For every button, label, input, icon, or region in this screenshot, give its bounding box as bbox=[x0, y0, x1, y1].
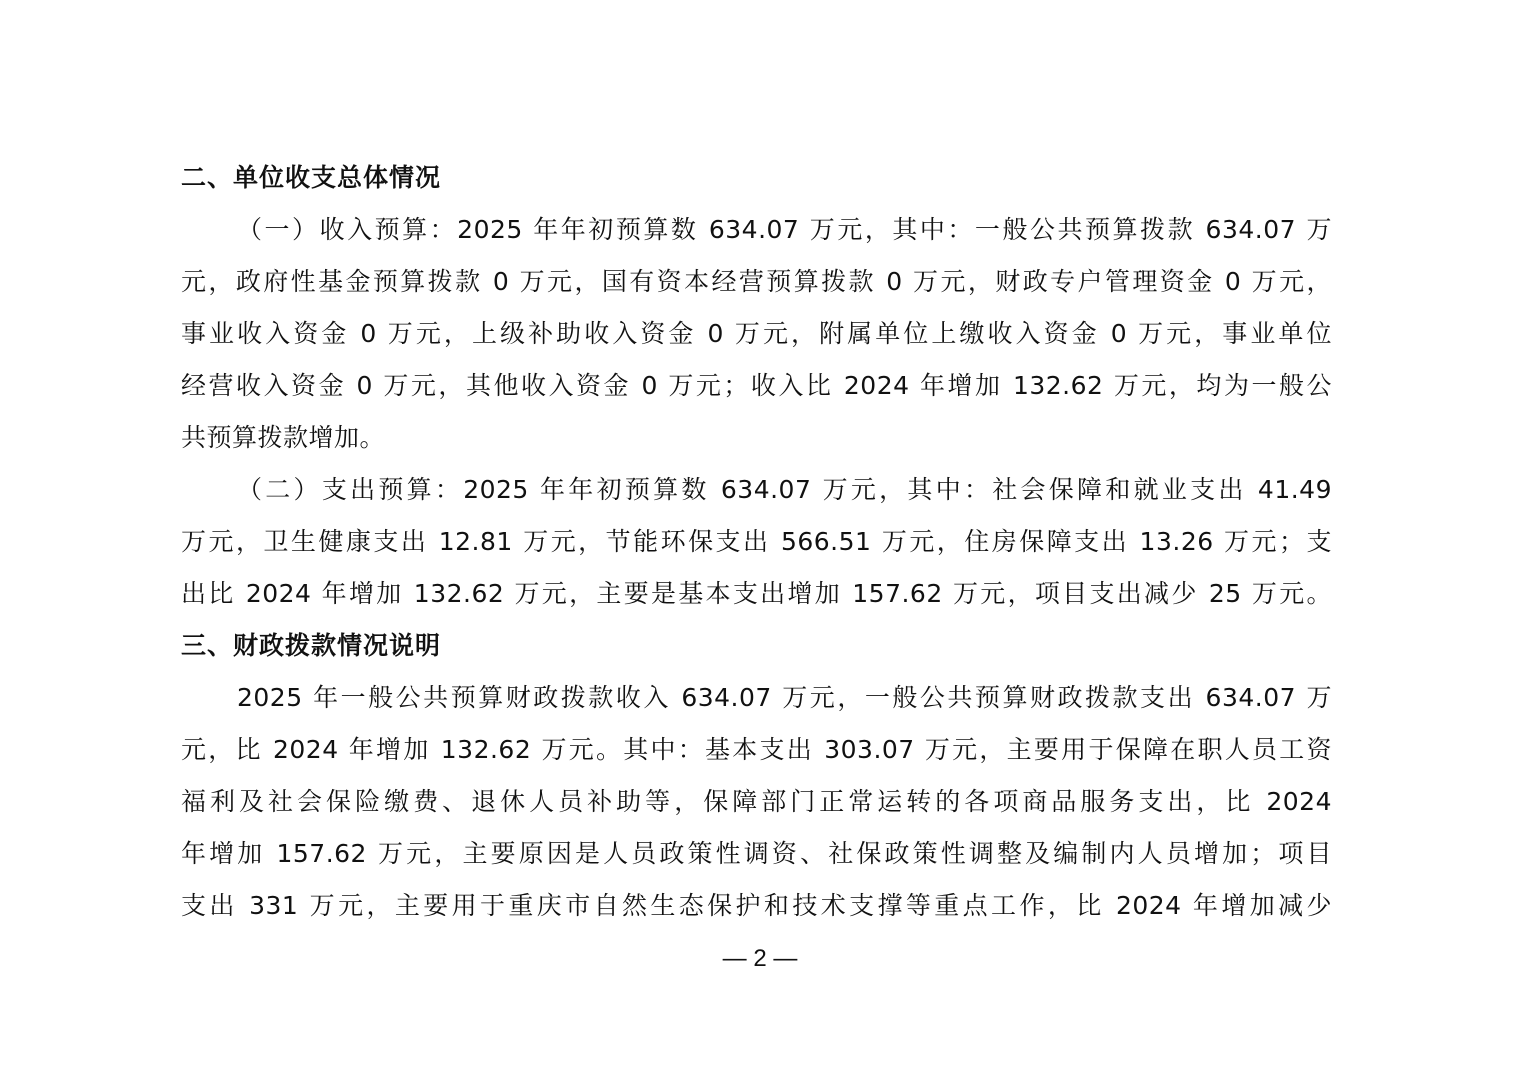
paragraph-line: 元，比 2024 年增加 132.62 万元。其中：基本支出 303.07 万元… bbox=[181, 724, 1332, 776]
document-page: 二、单位收支总体情况 （一）收入预算：2025 年年初预算数 634.07 万元… bbox=[0, 0, 1520, 1074]
paragraph-line: 事业收入资金 0 万元，上级补助收入资金 0 万元，附属单位上缴收入资金 0 万… bbox=[181, 308, 1332, 360]
paragraph-line: 经营收入资金 0 万元，其他收入资金 0 万元；收入比 2024 年增加 132… bbox=[181, 360, 1332, 412]
document-body: 二、单位收支总体情况 （一）收入预算：2025 年年初预算数 634.07 万元… bbox=[181, 152, 1332, 932]
expenditure-budget-paragraph: （二）支出预算：2025 年年初预算数 634.07 万元，其中：社会保障和就业… bbox=[181, 464, 1332, 620]
paragraph-line: 元，政府性基金预算拨款 0 万元，国有资本经营预算拨款 0 万元，财政专户管理资… bbox=[181, 256, 1332, 308]
income-budget-paragraph: （一）收入预算：2025 年年初预算数 634.07 万元，其中：一般公共预算拨… bbox=[181, 204, 1332, 464]
paragraph-line: 共预算拨款增加。 bbox=[181, 412, 1332, 464]
section-heading-fiscal-appropriation: 三、财政拨款情况说明 bbox=[181, 620, 1332, 672]
paragraph-line: 万元，卫生健康支出 12.81 万元，节能环保支出 566.51 万元，住房保障… bbox=[181, 516, 1332, 568]
paragraph-line: （一）收入预算：2025 年年初预算数 634.07 万元，其中：一般公共预算拨… bbox=[181, 204, 1332, 256]
fiscal-appropriation-paragraph: 2025 年一般公共预算财政拨款收入 634.07 万元，一般公共预算财政拨款支… bbox=[181, 672, 1332, 932]
paragraph-line: 支出 331 万元，主要用于重庆市自然生态保护和技术支撑等重点工作，比 2024… bbox=[181, 880, 1332, 932]
page-number: — 2 — bbox=[0, 942, 1520, 976]
paragraph-line: 年增加 157.62 万元，主要原因是人员政策性调资、社保政策性调整及编制内人员… bbox=[181, 828, 1332, 880]
paragraph-line: 2025 年一般公共预算财政拨款收入 634.07 万元，一般公共预算财政拨款支… bbox=[181, 672, 1332, 724]
section-heading-unit-overview: 二、单位收支总体情况 bbox=[181, 152, 1332, 204]
paragraph-line: 出比 2024 年增加 132.62 万元，主要是基本支出增加 157.62 万… bbox=[181, 568, 1332, 620]
paragraph-line: （二）支出预算：2025 年年初预算数 634.07 万元，其中：社会保障和就业… bbox=[181, 464, 1332, 516]
paragraph-line: 福利及社会保险缴费、退休人员补助等，保障部门正常运转的各项商品服务支出，比 20… bbox=[181, 776, 1332, 828]
